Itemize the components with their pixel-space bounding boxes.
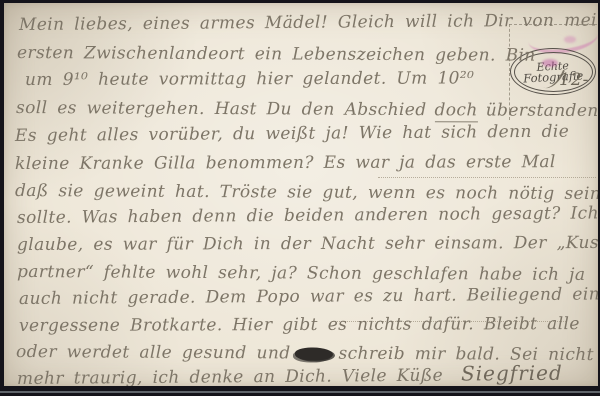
postcard-back-paper: Echte Fotografie 12- Mein liebes, eines …	[4, 3, 598, 386]
pencil-price-mark: 12-	[547, 67, 589, 91]
handwriting-line: Es geht alles vorüber, du weißt ja! Wie …	[15, 121, 569, 147]
handwriting-line: soll es weitergehen. Hast Du den Abschie…	[16, 97, 598, 122]
handwriting-line: kleine Kranke Gilla benommen? Es war ja …	[15, 151, 556, 175]
handwriting-line: mehr traurig, ich denke an Dich. Viele K…	[17, 362, 563, 386]
handwriting-line: um 9¹⁰ heute vormittag hier gelandet. Um…	[25, 67, 474, 91]
handwriting-line: ersten Zwischenlandeort ein Lebenszeiche…	[17, 42, 536, 67]
postcard-photo: Echte Fotografie 12- Mein liebes, eines …	[0, 0, 600, 396]
line-segment: mehr traurig, ich denke an Dich. Viele K…	[17, 366, 443, 386]
underlined-word: doch	[434, 100, 477, 122]
handwriting-line: sollte. Was haben denn die beiden andere…	[17, 202, 598, 229]
handwriting-line: vergessene Brotkarte. Hier gibt es nicht…	[19, 313, 580, 337]
handwriting-line: Mein liebes, eines armes Mädel! Gleich w…	[19, 9, 598, 36]
handwriting-line: daß sie geweint hat. Tröste sie gut, wen…	[15, 180, 598, 205]
handwriting-line: glaube, es war für Dich in der Nacht seh…	[17, 232, 598, 256]
handwriting-line: partner“ fehlte wohl sehr, ja? Schon ges…	[17, 261, 586, 286]
scribbled-out-word	[294, 347, 332, 360]
line-segment: oder werdet alle gesund und	[16, 342, 291, 363]
photo-bottom-edge-line	[0, 391, 600, 393]
line-segment: soll es weitergehen. Hast Du den Abschie…	[16, 98, 427, 120]
signature: Siegfried	[461, 361, 563, 386]
handwriting-line: auch nicht gerade. Dem Popo war es zu ha…	[19, 283, 598, 310]
pink-smudge-dot	[564, 36, 576, 43]
line-segment: überstanden?	[486, 100, 598, 121]
dotted-rule-line	[378, 177, 596, 178]
